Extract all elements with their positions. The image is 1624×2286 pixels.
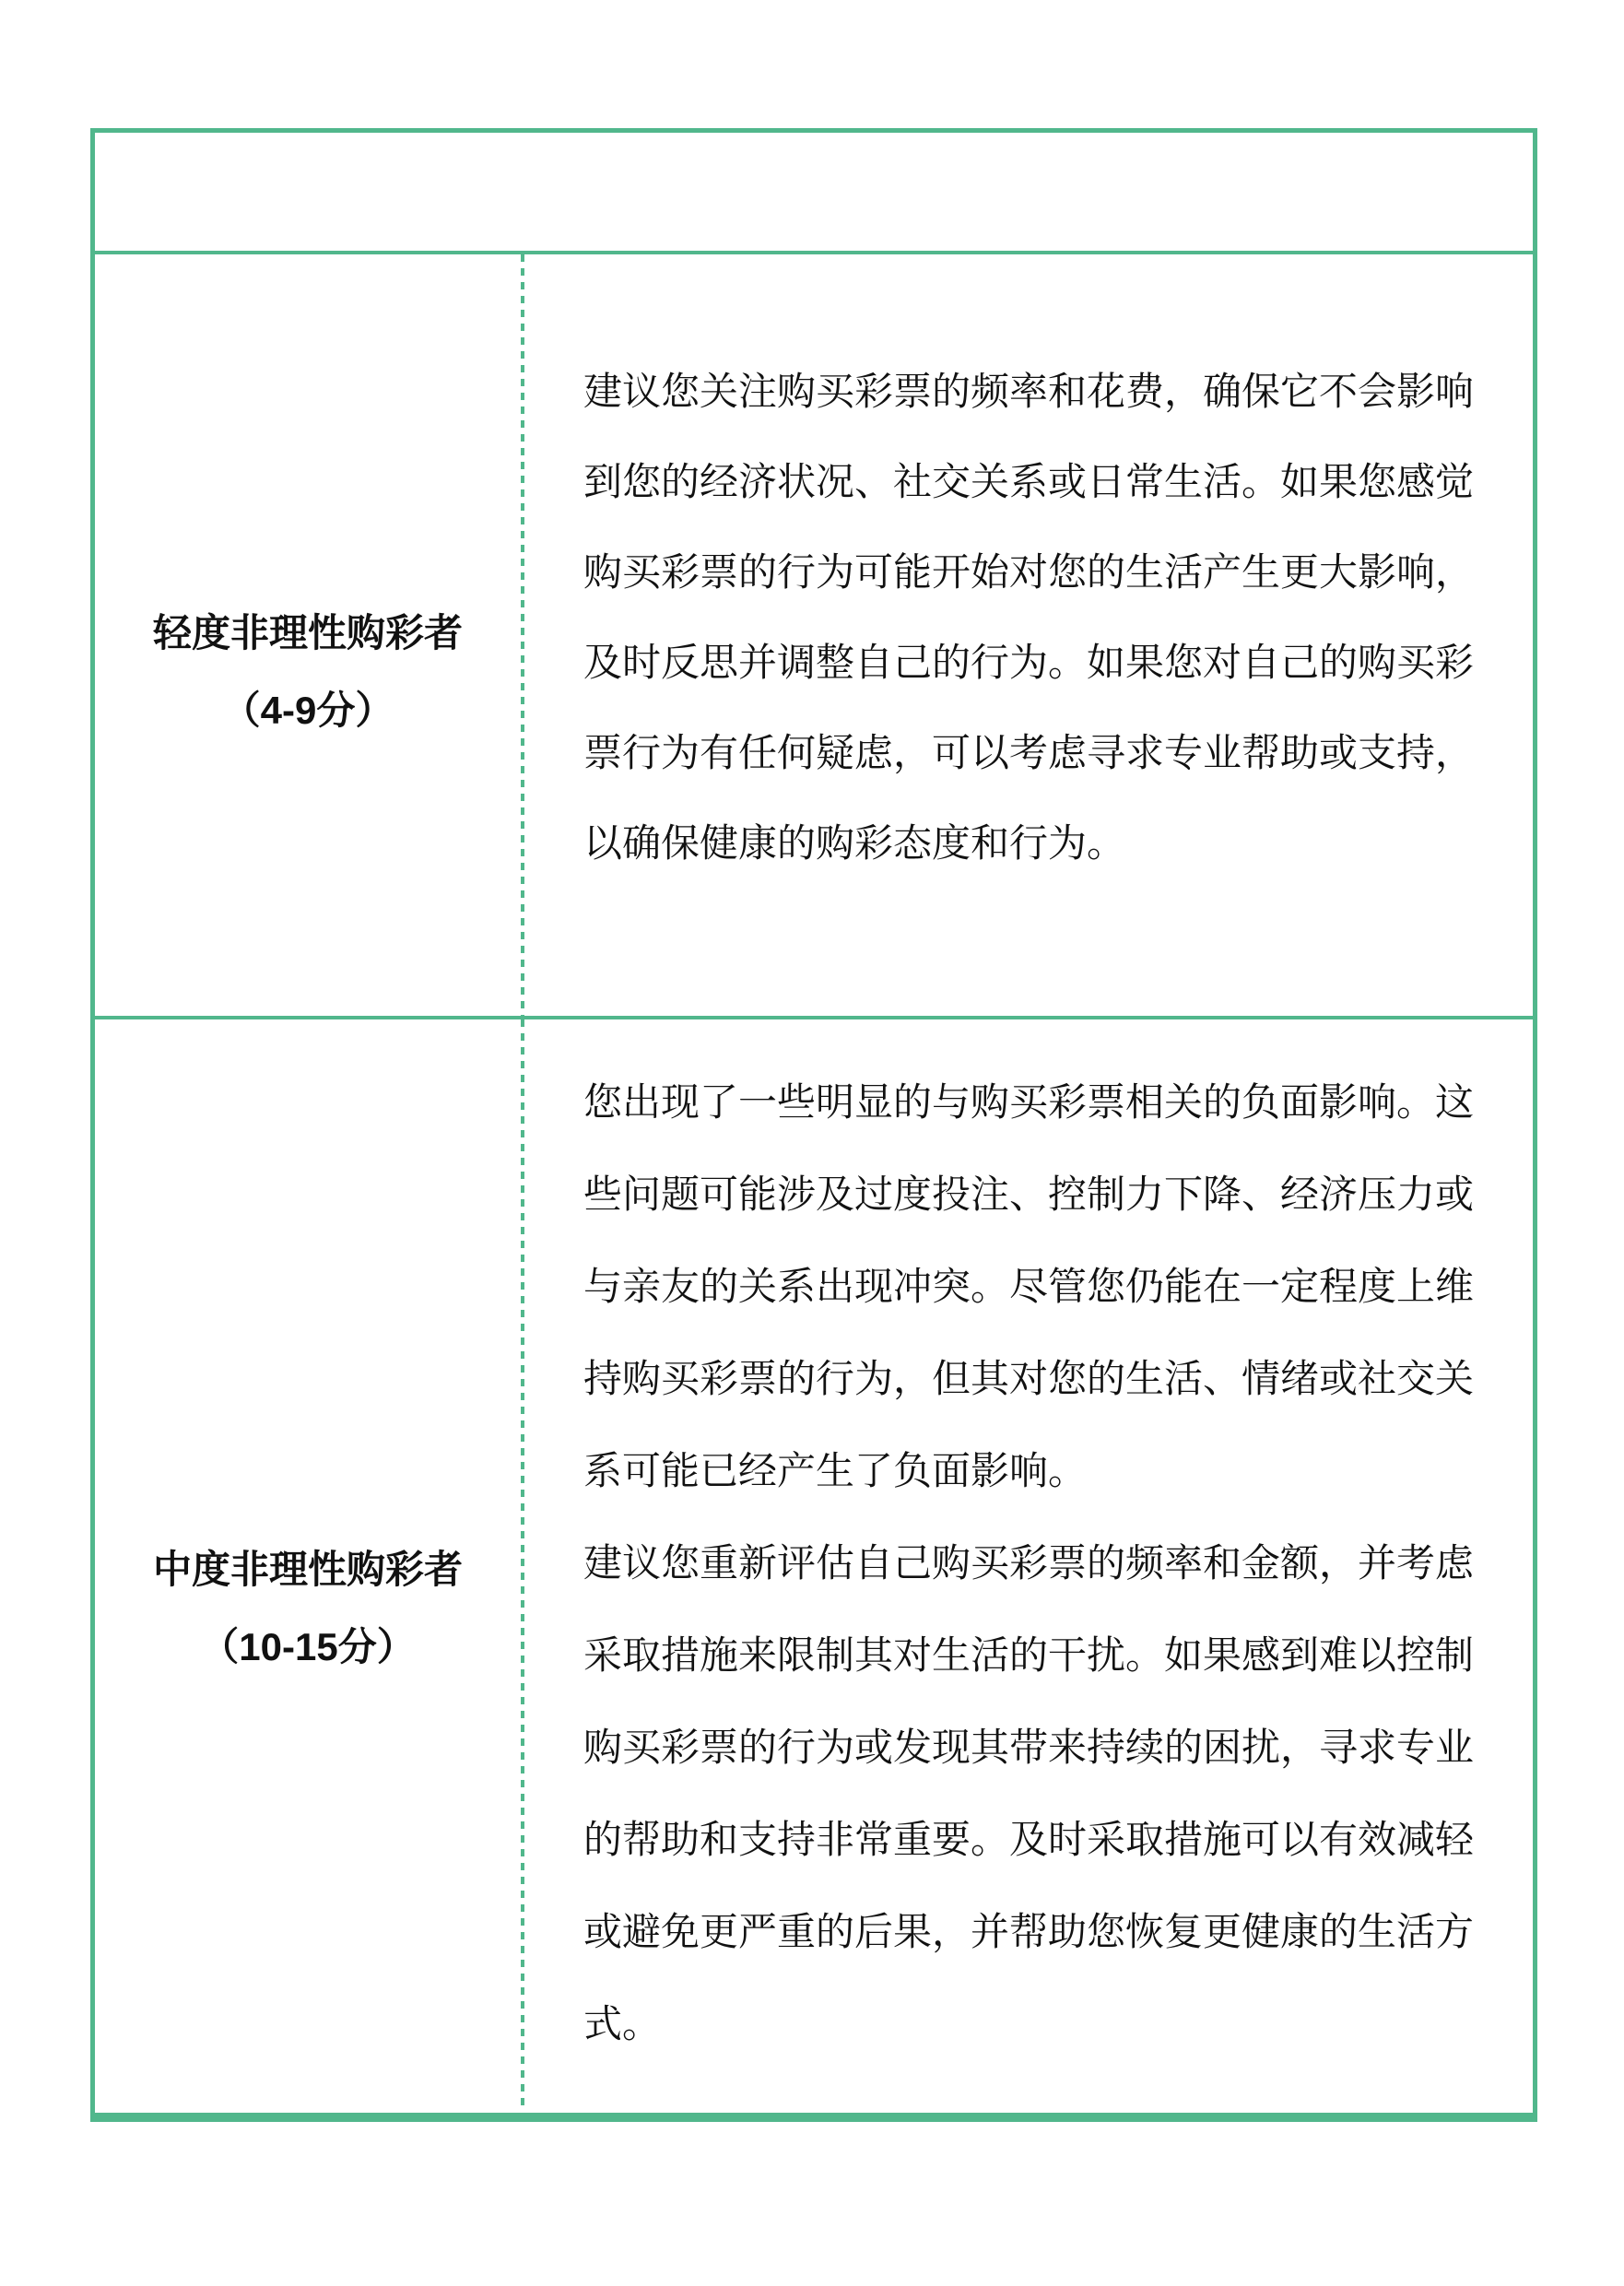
results-table: 轻度非理性购彩者 （4-9分） 建议您关注购买彩票的频率和花费，确保它不会影响 … <box>90 128 1537 2122</box>
page: 轻度非理性购彩者 （4-9分） 建议您关注购买彩票的频率和花费，确保它不会影响 … <box>0 0 1624 2286</box>
description-paragraph: 您出现了一些明显的与购买彩票相关的负面影响。这 些问题可能涉及过度投注、控制力下… <box>583 1056 1533 1517</box>
category-score-range: （4-9分） <box>153 672 463 749</box>
text-line: 些问题可能涉及过度投注、控制力下降、经济压力或 <box>583 1149 1533 1241</box>
text-line: 式。 <box>583 1978 1533 2070</box>
text-line: 您出现了一些明显的与购买彩票相关的负面影响。这 <box>583 1056 1533 1149</box>
text-line: 建议您关注购买彩票的频率和花费，确保它不会影响 <box>583 347 1533 437</box>
category-label-block: 中度非理性购彩者 （10-15分） <box>153 1531 463 1686</box>
text-line: 票行为有任何疑虑，可以考虑寻求专业帮助或支持， <box>583 708 1533 798</box>
category-cell: 中度非理性购彩者 （10-15分） <box>95 1019 521 2105</box>
text-line: 到您的经济状况、社交关系或日常生活。如果您感觉 <box>583 437 1533 527</box>
text-line: 采取措施来限制其对生活的干扰。如果感到难以控制 <box>583 1609 1533 1702</box>
category-score-range: （10-15分） <box>153 1608 463 1686</box>
description-paragraph: 建议您重新评估自己购买彩票的频率和金额，并考虑 采取措施来限制其对生活的干扰。如… <box>583 1517 1533 2070</box>
category-title: 轻度非理性购彩者 <box>153 595 463 672</box>
text-line: 以确保健康的购彩态度和行为。 <box>583 798 1533 889</box>
text-line: 或避免更严重的后果，并帮助您恢复更健康的生活方 <box>583 1886 1533 1978</box>
text-line: 的帮助和支持非常重要。及时采取措施可以有效减轻 <box>583 1794 1533 1886</box>
category-label-block: 轻度非理性购彩者 （4-9分） <box>153 595 463 749</box>
description-paragraph: 建议您关注购买彩票的频率和花费，确保它不会影响 到您的经济状况、社交关系或日常生… <box>583 347 1533 889</box>
table-header-row <box>95 133 1533 254</box>
text-line: 系可能已经产生了负面影响。 <box>583 1425 1533 1517</box>
category-cell: 轻度非理性购彩者 （4-9分） <box>95 254 521 1016</box>
table-row-moderate: 中度非理性购彩者 （10-15分） 您出现了一些明显的与购买彩票相关的负面影响。… <box>95 1019 1533 2105</box>
text-line: 与亲友的关系出现冲突。尽管您仍能在一定程度上维 <box>583 1241 1533 1333</box>
text-line: 持购买彩票的行为，但其对您的生活、情绪或社交关 <box>583 1333 1533 1425</box>
description-cell: 建议您关注购买彩票的频率和花费，确保它不会影响 到您的经济状况、社交关系或日常生… <box>524 254 1533 1016</box>
text-line: 建议您重新评估自己购买彩票的频率和金额，并考虑 <box>583 1517 1533 1609</box>
category-title: 中度非理性购彩者 <box>153 1531 463 1608</box>
text-line: 购买彩票的行为可能开始对您的生活产生更大影响， <box>583 527 1533 618</box>
text-line: 及时反思并调整自己的行为。如果您对自己的购买彩 <box>583 618 1533 708</box>
description-cell: 您出现了一些明显的与购买彩票相关的负面影响。这 些问题可能涉及过度投注、控制力下… <box>524 1019 1533 2105</box>
text-line: 购买彩票的行为或发现其带来持续的困扰，寻求专业 <box>583 1702 1533 1794</box>
table-row-mild: 轻度非理性购彩者 （4-9分） 建议您关注购买彩票的频率和花费，确保它不会影响 … <box>95 254 1533 1019</box>
